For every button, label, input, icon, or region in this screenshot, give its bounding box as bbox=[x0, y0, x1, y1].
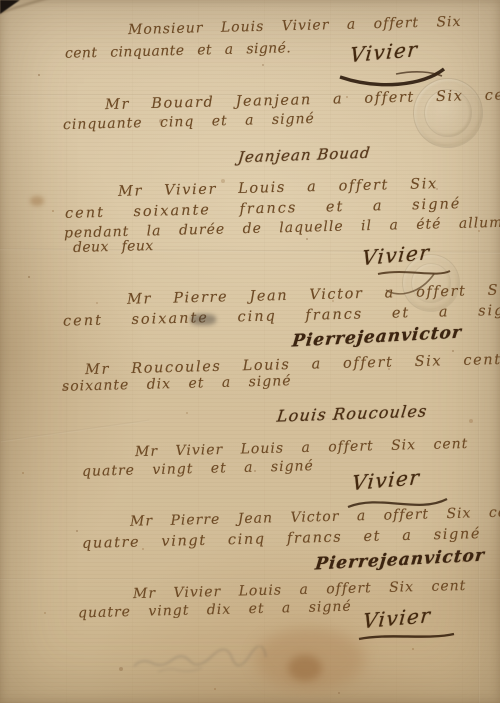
corner-fold bbox=[0, 0, 20, 14]
signature: Vivier bbox=[351, 465, 421, 495]
entry-line: quatre vingt dix et a signé bbox=[78, 599, 352, 622]
entry-line: Mr Vivier Louis a offert Six bbox=[118, 176, 438, 200]
stain bbox=[30, 196, 44, 206]
entry-line: Mr Vivier Louis a offert Six cent bbox=[133, 578, 467, 602]
entry-line: Monsieur Louis Vivier a offert Six bbox=[128, 14, 462, 38]
fold-crease bbox=[1, 420, 150, 443]
entry-line: quatre vingt et a signé bbox=[82, 458, 314, 480]
entry-line: deux feux bbox=[73, 238, 154, 256]
stain bbox=[255, 628, 365, 690]
signature: Vivier bbox=[349, 37, 419, 67]
entry-line: cinquante cinq et a signé bbox=[63, 111, 315, 133]
manuscript-page: Monsieur Louis Vivier a offert Six cent … bbox=[0, 0, 500, 703]
signature: Jeanjean Bouad bbox=[237, 144, 371, 167]
stain bbox=[288, 655, 322, 681]
bleed-through-writing bbox=[128, 646, 278, 676]
signature: Vivier bbox=[362, 603, 432, 633]
entry-line: Mr Pierre Jean Victor a offert Six cent bbox=[130, 504, 500, 530]
entry-line: Mr Roucoules Louis a offert Six cent bbox=[85, 352, 500, 378]
signature: Pierrejeanvictor bbox=[291, 322, 463, 351]
signature: Louis Roucoules bbox=[276, 401, 429, 425]
signature: Pierrejeanvictor bbox=[314, 545, 486, 574]
entry-line: cent cinquante et a signé. bbox=[65, 40, 292, 62]
entry-line: Mr Vivier Louis a offert Six cent bbox=[135, 436, 469, 460]
